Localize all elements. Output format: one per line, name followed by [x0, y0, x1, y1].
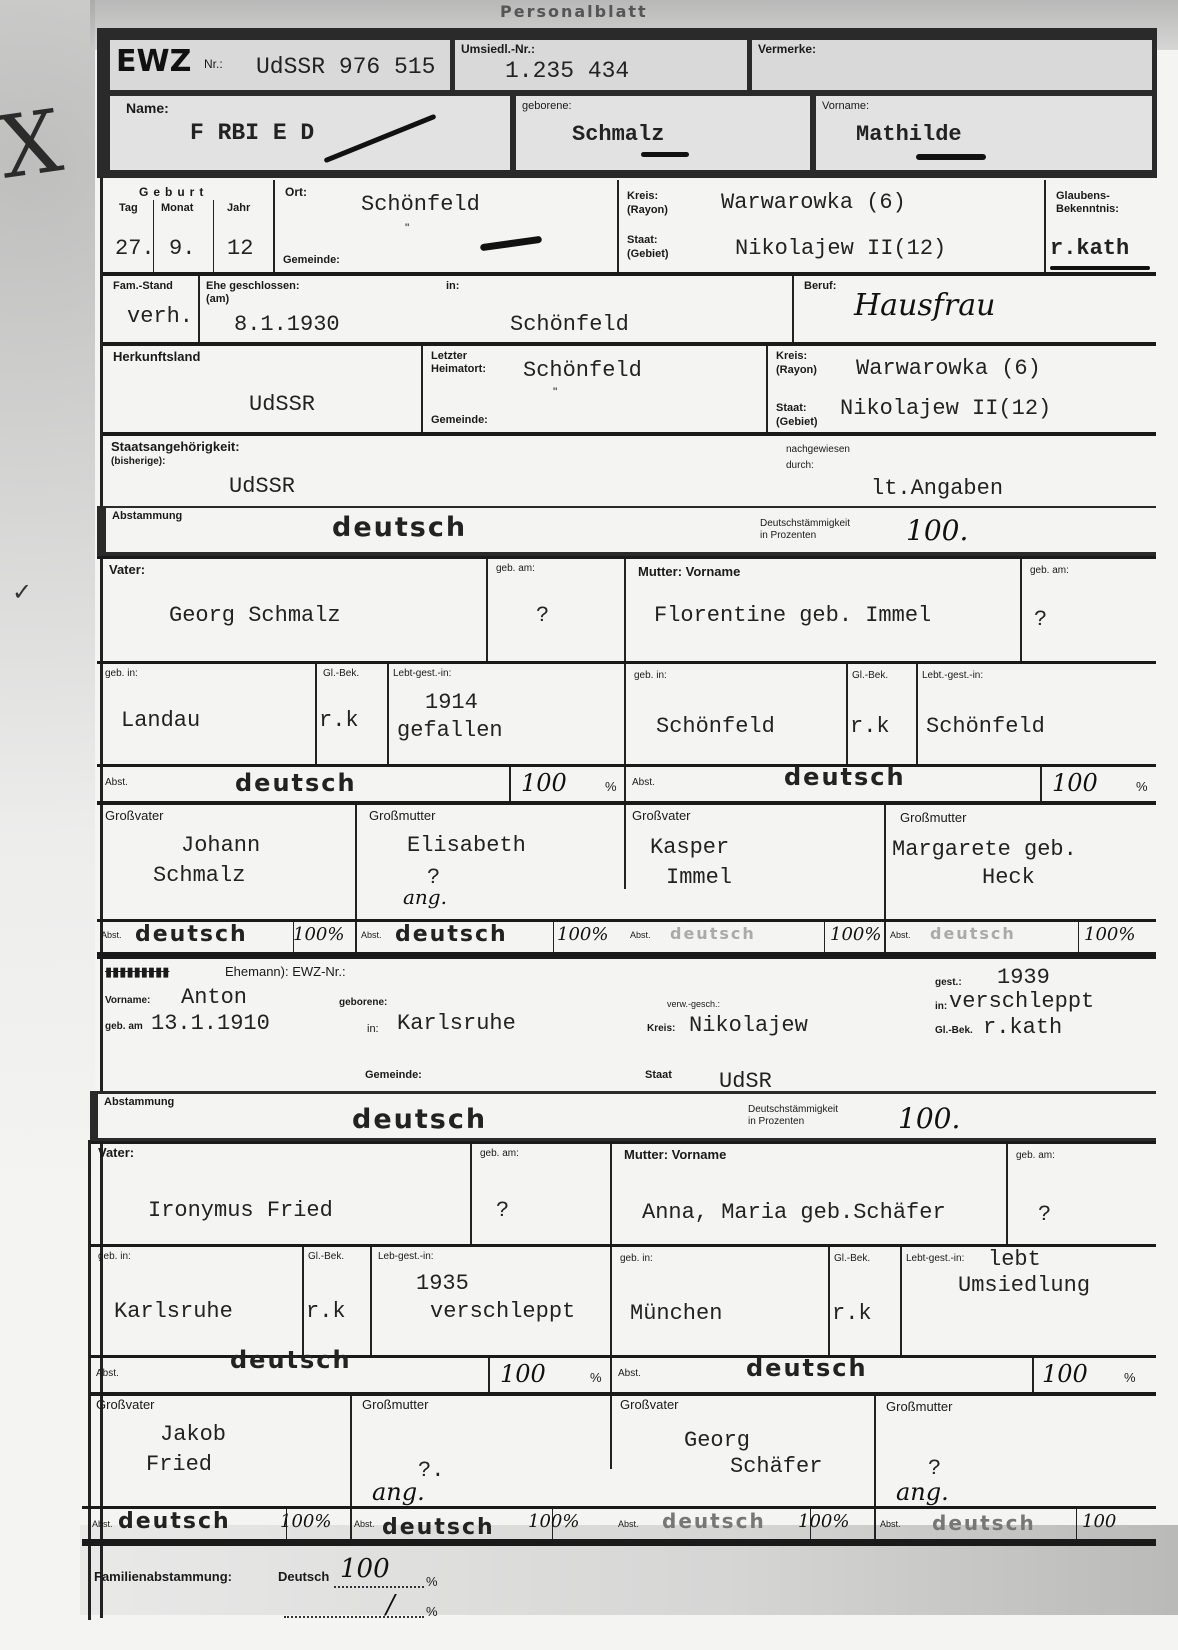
staat-value: Nikolajew II(12): [735, 236, 946, 261]
spouse-mutter-gebin-cell: geb. in: München: [612, 1247, 828, 1355]
grandparent-abst: Abst. deutsch 100%: [357, 922, 624, 952]
spouse-grandparent-cell: Großvater Jakob Fried: [90, 1396, 350, 1506]
umsiedl-value: 1.235 434: [505, 58, 629, 84]
margin-tick-mark: ✓: [12, 578, 32, 606]
vater-gebin-label: geb. in:: [105, 668, 138, 680]
vorname-value: Mathilde: [856, 122, 962, 147]
ewz-nr-value: UdSSR 976 515: [256, 54, 435, 80]
mutter-glbek-cell: Gl.-Bek. r.k: [848, 664, 916, 764]
ewz-logo: EWZ: [116, 44, 191, 79]
spouse-grandparent-abst-label: Abst.: [618, 1519, 639, 1529]
pct-sign: %: [426, 1604, 438, 1619]
spouse-grandparent-label: Großvater: [620, 1398, 679, 1413]
divider: [213, 200, 214, 272]
nachgewiesen-label: nachgewiesen: [786, 444, 850, 456]
birth-month: 9.: [169, 236, 195, 261]
abstammung-cell: Abstammung deutsch Deutschstämmigkeit in…: [106, 508, 1156, 552]
spouse-vater-lebt-label: Leb-gest.-in:: [378, 1251, 434, 1263]
spouse-verw-label: verw.-gesch.:: [667, 999, 720, 1009]
spouse-prozent-label-1: Deutschstämmigkeit: [748, 1104, 838, 1116]
spouse-gest: 1939: [997, 965, 1050, 990]
form-title: Personalblatt: [500, 2, 648, 21]
spouse-abstammung-value: deutsch: [352, 1104, 487, 1135]
grandparent-abst-value: deutsch: [135, 922, 248, 947]
spouse-kreis-label: Kreis:: [647, 1023, 675, 1035]
grandparent-label: Großmutter: [900, 811, 966, 826]
famstand-value: verh.: [127, 304, 193, 329]
vater-abst-value: deutsch: [235, 769, 357, 797]
geborene-label: geborene:: [522, 100, 572, 113]
spouse-mutter-gebin-label: geb. in:: [620, 1253, 653, 1265]
umsiedl-cell: Umsiedl.-Nr.: 1.235 434: [455, 40, 747, 90]
divider: [509, 767, 511, 801]
glaube-value: r.kath: [1050, 236, 1129, 261]
famstand-cell: Fam.-Stand verh.: [103, 276, 198, 342]
grandparent-abst-value: deutsch: [395, 922, 508, 947]
spouse-grandparent-abst-label: Abst.: [354, 1519, 375, 1529]
mutter-gebam-label: geb. am:: [1030, 565, 1069, 577]
glaube-label: Glaubens-Bekenntnis:: [1056, 190, 1146, 215]
mutter-lebt-value: Schönfeld: [926, 714, 1045, 739]
mutter-glbek-value: r.k: [850, 714, 890, 739]
heimat-staat-label: Staat:: [776, 402, 807, 415]
vater-abst-pct: 100: [521, 769, 567, 797]
heimat-rayon-label: (Rayon): [776, 364, 817, 377]
umsiedl-label: Umsiedl.-Nr.:: [461, 43, 535, 57]
nachgewiesen-value: lt.Angaben: [871, 476, 1003, 501]
vater-glbek-value: r.k: [319, 708, 359, 733]
beruf-value: Hausfrau: [854, 288, 995, 323]
grandparent-cell: Großvater Johann Schmalz: [97, 805, 355, 919]
pct-sign: %: [426, 1574, 438, 1589]
dotted-line: [284, 1616, 424, 1618]
birth-day: 27.: [115, 236, 155, 261]
spouse-grandparent-abst: Abst. deutsch 100%: [90, 1509, 350, 1539]
spouse-mutter-label: Mutter: Vorname: [624, 1148, 726, 1163]
herkunft-cell: Herkunftsland UdSSR: [103, 346, 419, 432]
family-footer: Familienabstammung: Deutsch 100 % / %: [90, 1546, 1156, 1626]
divider: [488, 1358, 490, 1392]
spouse-mutter-cell: Mutter: Vorname Anna, Maria geb.Schäfer: [612, 1144, 1006, 1244]
herkunft-value: UdSSR: [249, 392, 315, 417]
pct-sign: %: [1124, 1370, 1136, 1385]
vater-abst-label: Abst.: [105, 777, 128, 789]
spouse-grandparent-abst: Abst. deutsch 100%: [612, 1509, 874, 1539]
spouse-vorname: Anton: [181, 985, 247, 1010]
mutter-gebin-value: Schönfeld: [656, 714, 775, 739]
heimatort-value: Schönfeld: [523, 358, 642, 383]
mutter-gebin-cell: geb. in: Schönfeld: [626, 664, 846, 764]
ehe-in-label: in:: [446, 280, 459, 293]
spouse-grandparent-cell: Großmutter ? ang.: [876, 1396, 1156, 1506]
vater-value: Georg Schmalz: [169, 603, 341, 628]
geborene-underline-stroke: [641, 152, 689, 157]
vater-gebin-value: Landau: [121, 708, 200, 733]
spouse-grandparent-cell: Großmutter ?. ang.: [352, 1396, 610, 1506]
heimat-staat-value: Nikolajew II(12): [840, 396, 1051, 421]
spouse-gebin: Karlsruhe: [397, 1011, 516, 1036]
ewz-cell: EWZ Nr.: UdSSR 976 515: [110, 40, 450, 90]
mutter-label: Mutter: Vorname: [638, 565, 740, 580]
vater-label: Vater:: [109, 563, 145, 578]
grandparent-cell: Großmutter Elisabeth ? ang.: [357, 805, 624, 919]
birth-kreis-cell: Kreis: (Rayon) Warwarowka (6) Staat: (Ge…: [619, 180, 1044, 272]
spouse-vorname-label: Vorname:: [105, 995, 150, 1007]
grandparent-label: Großvater: [105, 809, 164, 824]
spouse-grandparent-label: Großmutter: [362, 1398, 428, 1413]
name-value: F RBI E D: [190, 120, 314, 146]
staatsang-value: UdSSR: [229, 474, 295, 499]
spouse-grandparent-abst-value: deutsch: [662, 1509, 766, 1533]
grandparent-abst-pct: 100%: [830, 924, 881, 945]
pct-sign: %: [590, 1370, 602, 1385]
mutter-lebt-label: Lebt.-gest.-in:: [922, 670, 983, 682]
grandparent-name-1: Margarete geb.: [892, 837, 1077, 862]
spouse-mutter-abst-label: Abst.: [618, 1368, 641, 1380]
divider: [1078, 922, 1079, 952]
month-label: Monat: [161, 202, 193, 215]
spouse-mutter-lebt-label: Lebt-gest.-in:: [906, 1253, 964, 1265]
section-rule: [97, 952, 1156, 959]
mutter-gebam-value: ?: [1034, 607, 1047, 632]
familien-label: Familienabstammung:: [94, 1570, 232, 1585]
grandparent-abst-value: deutsch: [670, 924, 756, 943]
divider: [1076, 1509, 1077, 1539]
ewz-nr-label: Nr.:: [204, 58, 223, 72]
spouse-vater-glbek-cell: Gl.-Bek. r.k: [304, 1247, 370, 1355]
mutter-abst-value: deutsch: [784, 763, 906, 791]
spouse-vater-cell: Vater: Ironymus Fried: [90, 1144, 470, 1244]
spouse-glbek-label: Gl.-Bek.: [935, 1025, 973, 1037]
pct-sign: %: [1136, 779, 1148, 794]
birth-date-cell: Geburt Tag Monat Jahr 27. 9. 12: [103, 180, 273, 272]
vater-lebt-year: 1914: [425, 690, 478, 715]
year-label: Jahr: [227, 202, 250, 215]
abstammung-value: deutsch: [332, 512, 467, 543]
spouse-vater-label: Vater:: [98, 1146, 134, 1161]
birth-year: 12: [227, 236, 253, 261]
birth-label: Geburt: [139, 186, 208, 200]
heimat-gebiet-label: (Gebiet): [776, 416, 818, 429]
spouse-vater-abst-pct: 100: [500, 1360, 546, 1388]
spouse-mutter-abst-row: Abst. deutsch 100 %: [612, 1358, 1156, 1392]
spouse-grandparent-name-1: Jakob: [160, 1422, 226, 1447]
spouse-grandparent-abst: Abst. deutsch 100%: [352, 1509, 610, 1539]
grandparent-label: Großvater: [632, 809, 691, 824]
grandparent-abst-pct: 100%: [1084, 924, 1135, 945]
vater-gebam-cell: geb. am: ?: [488, 559, 624, 661]
spouse-grandparent-abst-value: deutsch: [382, 1515, 495, 1540]
spouse-vater-value: Ironymus Fried: [148, 1198, 333, 1223]
spouse-mutter-lebt-status: lebt: [988, 1247, 1041, 1272]
mutter-abst-pct: 100: [1052, 769, 1098, 797]
grandparent-name-1: Johann: [181, 833, 260, 858]
glaube-underline: [1050, 266, 1150, 270]
day-label: Tag: [119, 202, 138, 215]
spouse-mutter-glbek-value: r.k: [832, 1301, 872, 1326]
grandparent-note: ang.: [403, 885, 447, 909]
spouse-mutter-glbek-cell: Gl.-Bek. r.k: [830, 1247, 900, 1355]
ehe-cell: Ehe geschlossen: (am) 8.1.1930 in: Schön…: [200, 276, 790, 342]
grandparent-abst-label: Abst.: [101, 930, 122, 940]
heimat-gemeinde-label: Gemeinde:: [431, 414, 488, 427]
mutter-value: Florentine geb. Immel: [654, 603, 931, 628]
grandparent-abst-pct: 100%: [293, 924, 344, 945]
birth-place-cell: Ort: Schönfeld " Gemeinde:: [275, 180, 615, 272]
prozent-value: 100.: [906, 514, 968, 547]
spouse-grandparent-name-1: Georg: [684, 1428, 750, 1453]
vermerke-cell: Vermerke:: [752, 40, 1152, 90]
ort-value: Schönfeld: [361, 192, 480, 217]
spouse-mutter-lebt-place: Umsiedlung: [958, 1273, 1090, 1298]
mutter-abst-row: Abst. deutsch 100 %: [626, 767, 1156, 801]
herkunft-label: Herkunftsland: [113, 350, 200, 365]
spouse-vater-abst-value: deutsch: [230, 1346, 352, 1374]
spouse-vater-gebin-value: Karlsruhe: [114, 1299, 233, 1324]
spouse-grandparent-label: Großmutter: [886, 1400, 952, 1415]
grandparent-name-1: Kasper: [650, 835, 729, 860]
spouse-mutter-glbek-label: Gl.-Bek.: [834, 1253, 870, 1265]
staat-label: Staat:: [627, 234, 658, 247]
spouse-mutter-abst-pct: 100: [1042, 1360, 1088, 1388]
spouse-grandparent-abst-label: Abst.: [880, 1519, 901, 1529]
grandparent-cell: Großmutter Margarete geb. Heck: [886, 805, 1156, 919]
spouse-grandparent-abst: Abst. deutsch 100: [876, 1509, 1156, 1539]
vermerke-label: Vermerke:: [758, 43, 816, 57]
spouse-mutter-gebam-value: ?: [1038, 1202, 1051, 1227]
vorname-cell: Vorname: Mathilde: [816, 96, 1152, 170]
spouse-vater-lebt-year: 1935: [416, 1271, 469, 1296]
abstammung-label: Abstammung: [112, 510, 182, 523]
spouse-strikeout: ▮▮▮▮▮▮▮▮▮: [105, 965, 169, 980]
spouse-vater-abst-row: Abst. deutsch 100 %: [90, 1358, 610, 1392]
divider: [1040, 767, 1042, 801]
vater-lebt-cell: Lebt-gest.-in: 1914 gefallen: [389, 664, 624, 764]
vater-lebt-label: Lebt-gest.-in:: [393, 668, 451, 680]
geborene-cell: geborene: Schmalz: [516, 96, 810, 170]
spouse-vater-glbek-value: r.k: [306, 1299, 346, 1324]
grandparent-name-1: Elisabeth: [407, 833, 526, 858]
vater-glbek-cell: Gl.-Bek. r.k: [317, 664, 387, 764]
grandparent-abst-label: Abst.: [361, 930, 382, 940]
spouse-grandparent-abst-pct: 100%: [528, 1511, 579, 1532]
ehe-in-value: Schönfeld: [510, 312, 629, 337]
grandparent-name-2: Schmalz: [153, 863, 245, 888]
mutter-lebt-cell: Lebt.-gest.-in: Schönfeld: [918, 664, 1156, 764]
geborene-value: Schmalz: [572, 122, 664, 147]
spouse-vater-gebam-value: ?: [496, 1198, 509, 1223]
heimat-kreis-label: Kreis:: [776, 350, 807, 363]
spouse-abstammung-cell: Abstammung deutsch Deutschstämmigkeit in…: [98, 1094, 1156, 1138]
grandparent-abst: Abst. deutsch 100%: [97, 922, 355, 952]
spouse-vater-gebin-label: geb. in:: [98, 1251, 131, 1263]
spouse-cell: ▮▮▮▮▮▮▮▮▮ Ehemann): EWZ-Nr.: Vorname: An…: [97, 959, 1156, 1091]
spouse-mutter-gebin-value: München: [630, 1301, 722, 1326]
staatsang-label: Staatsangehörigkeit:: [111, 440, 240, 455]
spouse-grandparent-abst-pct: 100: [1082, 1511, 1116, 1532]
kreis-value: Warwarowka (6): [721, 190, 906, 215]
vater-gebam-value: ?: [536, 603, 549, 628]
famstand-label: Fam.-Stand: [113, 280, 173, 293]
durch-label: durch:: [786, 460, 814, 472]
spouse-grandparent-abst-pct: 100%: [798, 1511, 849, 1532]
spouse-prozent-value: 100.: [898, 1102, 960, 1135]
heimatort-ditto: ": [553, 386, 557, 400]
spouse-grandparent-abst-value: deutsch: [118, 1509, 231, 1534]
dotted-line: [334, 1586, 424, 1588]
spouse-glbek: r.kath: [983, 1015, 1062, 1040]
spouse-mutter-lebt-cell: Lebt-gest.-in: lebt Umsiedlung: [902, 1247, 1156, 1355]
vorname-underline-stroke: [916, 154, 986, 160]
spouse-mutter-gebam-label: geb. am:: [1016, 1150, 1055, 1162]
spouse-mutter-abst-value: deutsch: [746, 1354, 868, 1382]
divider: [553, 922, 554, 952]
vater-lebt-place: gefallen: [397, 718, 503, 743]
kreis-label: Kreis:: [627, 190, 658, 203]
pct-sign: %: [605, 779, 617, 794]
spouse-staat-label: Staat: [645, 1069, 672, 1082]
grandparent-name-2: Heck: [982, 865, 1035, 890]
mutter-cell: Mutter: Vorname Florentine geb. Immel: [626, 559, 1020, 661]
grandparent-abst: Abst. deutsch 100%: [626, 922, 884, 952]
spouse-vater-abst-label: Abst.: [96, 1368, 119, 1380]
spouse-vater-glbek-label: Gl.-Bek.: [308, 1251, 344, 1263]
heimatort-cell: Letzter Heimatort: Schönfeld " Gemeinde:: [423, 346, 766, 432]
vorname-label: Vorname:: [822, 100, 869, 113]
grandparent-abst: Abst. deutsch 100%: [886, 922, 1156, 952]
spouse-gebam: 13.1.1910: [151, 1011, 270, 1036]
name-label: Name:: [126, 100, 169, 116]
prozent-label-2: in Prozenten: [760, 530, 816, 542]
heimat-kreis-value: Warwarowka (6): [856, 356, 1041, 381]
spouse-vater-lebt-place: verschleppt: [430, 1299, 575, 1324]
grandparent-name-2: Immel: [666, 865, 732, 890]
vater-glbek-label: Gl.-Bek.: [323, 668, 359, 680]
grandparent-abst-label: Abst.: [630, 930, 651, 940]
mutter-gebin-label: geb. in:: [634, 670, 667, 682]
spouse-gemeinde-label: Gemeinde:: [365, 1069, 422, 1082]
vater-gebam-label: geb. am:: [496, 563, 535, 575]
spouse-gest-in: verschleppt: [949, 989, 1094, 1014]
vater-gebin-cell: geb. in: Landau: [97, 664, 315, 764]
spouse-mutter-value: Anna, Maria geb.Schäfer: [642, 1200, 946, 1225]
scan-noise-left: [0, 0, 95, 1650]
bisherige-label: (bisherige):: [111, 456, 165, 468]
grandparent-label: Großmutter: [369, 809, 435, 824]
gemeinde-dash-stroke: [480, 236, 542, 252]
spouse-grandparent-abst-label: Abst.: [92, 1519, 113, 1529]
spouse-grandparent-label: Großvater: [96, 1398, 155, 1413]
mutter-abst-label: Abst.: [632, 777, 655, 789]
heimat-kreis-cell: Kreis: (Rayon) Warwarowka (6) Staat: (Ge…: [768, 346, 1156, 432]
grandparent-abst-value: deutsch: [930, 924, 1016, 943]
vater-abst-row: Abst. deutsch 100 %: [97, 767, 624, 801]
gebiet-label: (Gebiet): [627, 248, 669, 261]
spouse-gebam-label: geb. am: [105, 1021, 143, 1033]
gemeinde-label: Gemeinde:: [283, 254, 340, 267]
spouse-abstammung-label: Abstammung: [104, 1096, 174, 1109]
spouse-gest-label: gest.:: [935, 977, 962, 989]
section-rule: [82, 1539, 1156, 1546]
prozent-label-1: Deutschstämmigkeit: [760, 518, 850, 530]
name-underline-stroke: [323, 114, 436, 164]
spouse-kreis: Nikolajew: [689, 1013, 808, 1038]
mutter-gebam-cell: geb. am: ?: [1022, 559, 1156, 661]
name-cell: Name: F RBI E D: [110, 96, 510, 170]
grandparent-abst-pct: 100%: [557, 924, 608, 945]
spouse-geborene-label: geborene:: [339, 997, 387, 1009]
divider: [824, 922, 825, 952]
spouse-mutter-gebam-cell: geb. am: ?: [1008, 1144, 1156, 1244]
staatsang-cell: Staatsangehörigkeit: (bisherige): UdSSR …: [103, 436, 1156, 506]
spouse-grandparent-note: ang.: [372, 1478, 425, 1506]
spouse-vater-lebt-cell: Leb-gest.-in: 1935 verschleppt: [372, 1247, 610, 1355]
spouse-vater-gebam-cell: geb. am: ?: [472, 1144, 610, 1244]
ort-label: Ort:: [285, 186, 307, 200]
spouse-grandparent-name-2: Fried: [146, 1452, 212, 1477]
ehe-date: 8.1.1930: [234, 312, 340, 337]
spouse-header-label: Ehemann): EWZ-Nr.:: [225, 965, 346, 980]
spouse-grandparent-abst-pct: 100%: [280, 1511, 331, 1532]
grandparent-cell: Großvater Kasper Immel: [626, 805, 884, 919]
spouse-vater-gebam-label: geb. am:: [480, 1148, 519, 1160]
beruf-label: Beruf:: [804, 280, 836, 293]
spouse-grandparent-abst-value: deutsch: [932, 1511, 1036, 1535]
spouse-grandparent-name-2: Schäfer: [730, 1454, 822, 1479]
beruf-cell: Beruf: Hausfrau: [794, 276, 1156, 342]
deutsch-value: 100: [340, 1554, 390, 1584]
spouse-gest-in-label: in:: [935, 1001, 947, 1013]
spouse-vater-gebin-cell: geb. in: Karlsruhe: [90, 1247, 302, 1355]
vater-cell: Vater: Georg Schmalz: [97, 559, 487, 661]
deutsch-label: Deutsch: [278, 1570, 329, 1585]
spouse-prozent-label-2: in Prozenten: [748, 1116, 804, 1128]
grandparent-abst-label: Abst.: [890, 930, 911, 940]
divider: [1032, 1358, 1034, 1392]
spouse-in-label: in:: [367, 1023, 379, 1036]
ehe-label: Ehe geschlossen: (am): [206, 280, 316, 305]
ort-ditto: ": [405, 222, 409, 236]
rayon-label: (Rayon): [627, 204, 668, 217]
heimatort-label: Letzter Heimatort:: [431, 350, 491, 375]
glaube-cell: Glaubens-Bekenntnis: r.kath: [1046, 180, 1156, 272]
mutter-glbek-label: Gl.-Bek.: [852, 670, 888, 682]
spouse-grandparent-cell: Großvater Georg Schäfer: [612, 1396, 874, 1506]
spouse-grandparent-note: ang.: [896, 1478, 949, 1506]
